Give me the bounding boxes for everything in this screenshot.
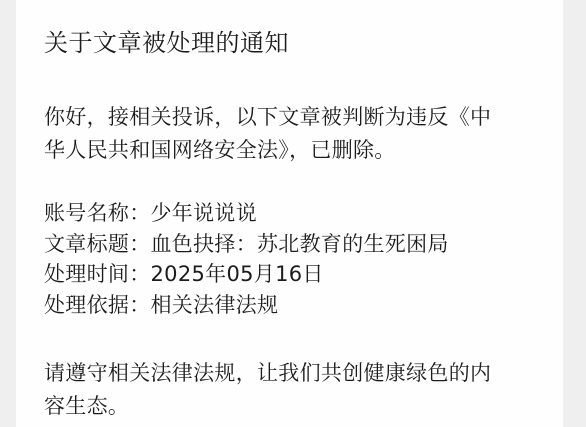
closing-line: 请遵守相关法律法规，让我们共创健康绿色的内 xyxy=(44,357,549,390)
detail-label: 处理时间： xyxy=(44,262,151,286)
notice-card: 关于文章被处理的通知 你好，接相关投诉，以下文章被判断为违反《中 华人民共和国网… xyxy=(16,0,563,427)
intro-line: 华人民共和国网络安全法》，已删除。 xyxy=(44,134,549,167)
detail-process-basis: 处理依据：相关法律法规 xyxy=(44,290,549,321)
closing-line: 容生态。 xyxy=(44,390,549,423)
detail-process-time: 处理时间：2025年05月16日 xyxy=(44,259,549,290)
detail-label: 处理依据： xyxy=(44,293,151,317)
detail-value: 血色抉择：苏北教育的生死困局 xyxy=(151,232,449,256)
detail-label: 文章标题： xyxy=(44,232,151,256)
notice-intro: 你好，接相关投诉，以下文章被判断为违反《中 华人民共和国网络安全法》，已删除。 xyxy=(44,101,549,167)
notice-details: 账号名称：少年说说说 文章标题：血色抉择：苏北教育的生死困局 处理时间：2025… xyxy=(44,198,549,320)
notice-title: 关于文章被处理的通知 xyxy=(44,28,289,58)
detail-value: 相关法律法规 xyxy=(151,293,279,317)
detail-article-title: 文章标题：血色抉择：苏北教育的生死困局 xyxy=(44,229,549,260)
detail-value: 少年说说说 xyxy=(151,201,258,225)
detail-account-name: 账号名称：少年说说说 xyxy=(44,198,549,229)
intro-line: 你好，接相关投诉，以下文章被判断为违反《中 xyxy=(44,101,549,134)
detail-label: 账号名称： xyxy=(44,201,151,225)
detail-value: 2025年05月16日 xyxy=(151,262,324,286)
notice-closing: 请遵守相关法律法规，让我们共创健康绿色的内 容生态。 xyxy=(44,357,549,423)
